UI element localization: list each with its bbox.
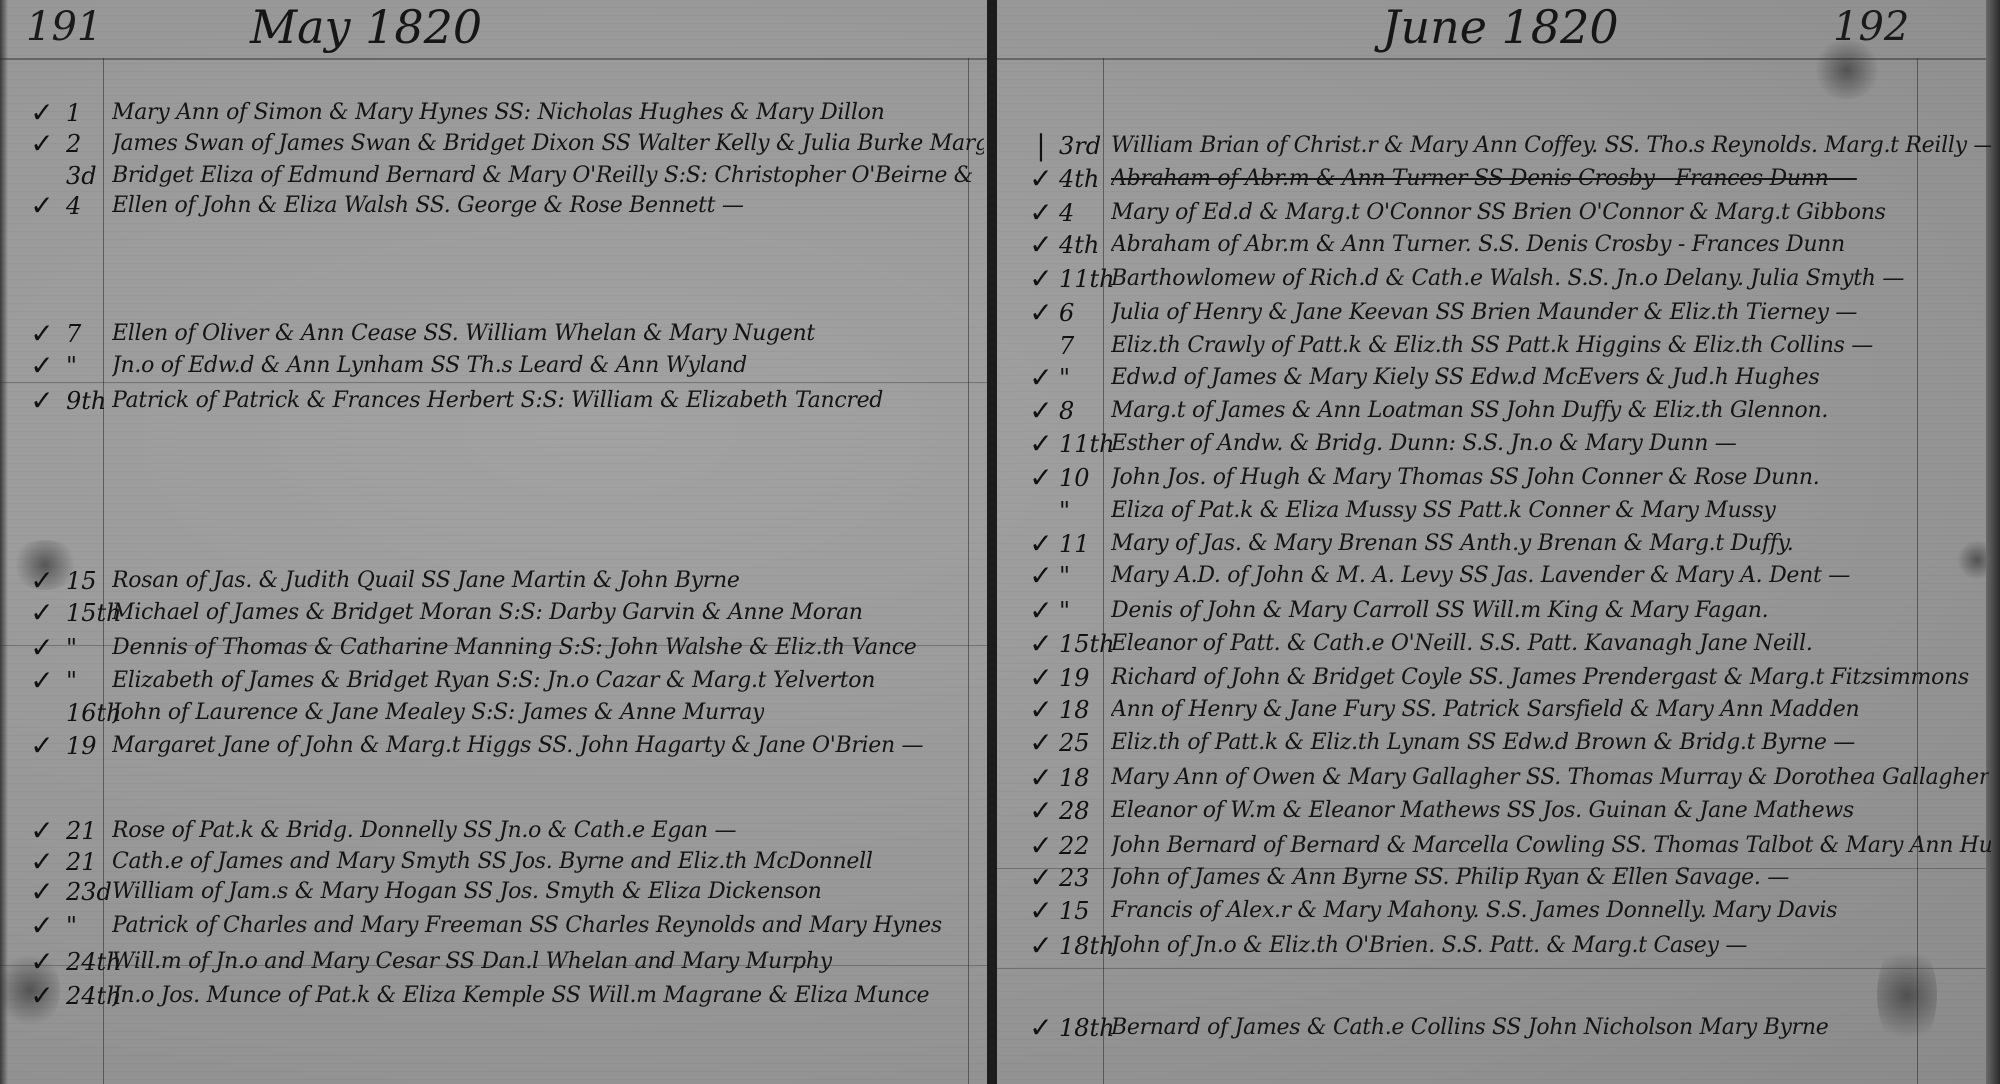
entry-day: " — [1059, 362, 1107, 394]
checkmark-icon: ✓ — [30, 350, 54, 382]
register-entry: ✓4Ellen of John & Eliza Walsh SS. George… — [0, 190, 987, 222]
book-gutter — [987, 0, 997, 1084]
checkmark-icon: ✓ — [30, 730, 54, 762]
checkmark-icon: ✓ — [1029, 762, 1053, 794]
register-entry: "Eliza of Pat.k & Eliza Mussy SS Patt.k … — [997, 495, 2000, 527]
entry-text: Patrick of Charles and Mary Freeman SS C… — [112, 910, 942, 942]
register-entry: ✓10John Jos. of Hugh & Mary Thomas SS Jo… — [997, 462, 2000, 494]
page-number: 191 — [26, 4, 102, 50]
entry-day: 15 — [66, 565, 114, 597]
register-entry: ✓"Denis of John & Mary Carroll SS Will.m… — [997, 595, 2000, 627]
register-entry: ✓15thMichael of James & Bridget Moran S:… — [0, 597, 987, 629]
checkmark-icon: ✓ — [1029, 662, 1053, 694]
entry-text: Eliza of Pat.k & Eliza Mussy SS Patt.k C… — [1111, 495, 1776, 527]
entry-day: 19 — [1059, 662, 1107, 694]
entry-day: 18th — [1059, 1012, 1107, 1044]
checkmark-icon: ✓ — [1029, 163, 1053, 195]
entry-text: Margaret Jane of John & Marg.t Higgs SS.… — [112, 730, 923, 762]
entry-text: Francis of Alex.r & Mary Mahony. S.S. Ja… — [1111, 895, 1837, 927]
entry-day: 18th — [1059, 930, 1107, 962]
checkmark-icon: ✓ — [1029, 560, 1053, 592]
entry-text: John of Jn.o & Eliz.th O'Brien. S.S. Pat… — [1111, 930, 1747, 962]
register-entry: ✓"Dennis of Thomas & Catharine Manning S… — [0, 632, 987, 664]
register-entry: ✓21Cath.e of James and Mary Smyth SS Jos… — [0, 846, 987, 878]
checkmark-icon: ✓ — [1029, 395, 1053, 427]
header-rule — [0, 58, 987, 60]
entry-text: Richard of John & Bridget Coyle SS. Jame… — [1111, 662, 1969, 694]
entry-day: 25 — [1059, 727, 1107, 759]
register-entry: ✓1Mary Ann of Simon & Mary Hynes SS: Nic… — [0, 97, 987, 129]
entry-day: 18 — [1059, 694, 1107, 726]
entry-text: Dennis of Thomas & Catharine Manning S:S… — [112, 632, 916, 664]
register-entry: ✓4thAbraham of Abr.m & Ann Turner SS Den… — [997, 163, 2000, 195]
register-entry: ✓11thEsther of Andw. & Bridg. Dunn: S.S.… — [997, 428, 2000, 460]
checkmark-icon: ✓ — [30, 815, 54, 847]
entry-day: 4th — [1059, 229, 1107, 261]
ruled-line — [0, 382, 987, 383]
entry-text: Mary Ann of Simon & Mary Hynes SS: Nicho… — [112, 97, 884, 129]
checkmark-icon: ✓ — [30, 910, 54, 942]
checkmark-icon: ✓ — [1029, 462, 1053, 494]
entry-text: Rosan of Jas. & Judith Quail SS Jane Mar… — [112, 565, 740, 597]
entry-day: " — [66, 632, 114, 664]
register-entry: ✓11thBarthowlomew of Rich.d & Cath.e Wal… — [997, 263, 2000, 295]
register-entry: ✓"Patrick of Charles and Mary Freeman SS… — [0, 910, 987, 942]
checkmark-icon: ✓ — [30, 946, 54, 978]
checkmark-icon: ✓ — [30, 597, 54, 629]
entry-text: Eliz.th Crawly of Patt.k & Eliz.th SS Pa… — [1111, 330, 1873, 362]
entry-text: Eliz.th of Patt.k & Eliz.th Lynam SS Edw… — [1111, 727, 1855, 759]
entry-day: 23d — [66, 876, 114, 908]
entry-day: 7 — [66, 318, 114, 350]
entry-text: Mary of Ed.d & Marg.t O'Connor SS Brien … — [1111, 197, 1886, 229]
register-entry: |3rdWilliam Brian of Christ.r & Mary Ann… — [997, 130, 2000, 162]
entry-day: 10 — [1059, 462, 1107, 494]
checkmark-icon: ✓ — [1029, 795, 1053, 827]
checkmark-icon: ✓ — [1029, 727, 1053, 759]
register-entry: ✓23dWilliam of Jam.s & Mary Hogan SS Jos… — [0, 876, 987, 908]
entry-text: Abraham of Abr.m & Ann Turner SS Denis C… — [1111, 163, 1857, 195]
entry-text: Edw.d of James & Mary Kiely SS Edw.d McE… — [1111, 362, 1819, 394]
entry-text: Rose of Pat.k & Bridg. Donnelly SS Jn.o … — [112, 815, 736, 847]
ruled-line — [997, 968, 2000, 969]
entry-day: " — [1059, 595, 1107, 627]
checkmark-icon: ✓ — [30, 190, 54, 222]
entry-text: John Bernard of Bernard & Marcella Cowli… — [1111, 830, 1991, 862]
entry-day: " — [66, 665, 114, 697]
entry-text: William of Jam.s & Mary Hogan SS Jos. Sm… — [112, 876, 822, 908]
entry-text: Bridget Eliza of Edmund Bernard & Mary O… — [112, 160, 973, 192]
register-entry: ✓"Jn.o of Edw.d & Ann Lynham SS Th.s Lea… — [0, 350, 987, 382]
entry-text: Abraham of Abr.m & Ann Turner. S.S. Deni… — [1111, 229, 1845, 261]
register-entry: ✓"Mary A.D. of John & M. A. Levy SS Jas.… — [997, 560, 2000, 592]
entry-text: John of Laurence & Jane Mealey S:S: Jame… — [112, 697, 764, 729]
entry-day: 11 — [1059, 528, 1107, 560]
register-entry: ✓7Ellen of Oliver & Ann Cease SS. Willia… — [0, 318, 987, 350]
entry-text: Elizabeth of James & Bridget Ryan S:S: J… — [112, 665, 875, 697]
checkmark-icon: ✓ — [1029, 1012, 1053, 1044]
entry-day: 1 — [66, 97, 114, 129]
entry-text: William Brian of Christ.r & Mary Ann Cof… — [1111, 130, 1991, 162]
entry-day: 4 — [66, 190, 114, 222]
checkmark-icon: ✓ — [1029, 930, 1053, 962]
entry-text: Will.m of Jn.o and Mary Cesar SS Dan.l W… — [112, 946, 832, 978]
entry-day: 28 — [1059, 795, 1107, 827]
checkmark-icon: ✓ — [1029, 197, 1053, 229]
entry-day: 15th — [1059, 628, 1107, 660]
entry-day: " — [1059, 560, 1107, 592]
checkmark-icon: ✓ — [30, 980, 54, 1012]
entry-day: 22 — [1059, 830, 1107, 862]
entry-day: 16th — [66, 697, 114, 729]
checkmark-icon: ✓ — [1029, 297, 1053, 329]
entry-day: 8 — [1059, 395, 1107, 427]
checkmark-icon: ✓ — [30, 128, 54, 160]
entry-text: James Swan of James Swan & Bridget Dixon… — [112, 128, 984, 160]
entry-text: Marg.t of James & Ann Loatman SS John Du… — [1111, 395, 1828, 427]
register-entry: ✓18Ann of Henry & Jane Fury SS. Patrick … — [997, 694, 2000, 726]
entry-text: Jn.o Jos. Munce of Pat.k & Eliza Kemple … — [112, 980, 929, 1012]
register-entry: ✓15thEleanor of Patt. & Cath.e O'Neill. … — [997, 628, 2000, 660]
checkmark-icon: ✓ — [1029, 528, 1053, 560]
register-entry: ✓15Rosan of Jas. & Judith Quail SS Jane … — [0, 565, 987, 597]
right-page: 192 June 1820 |3rdWilliam Brian of Chris… — [997, 0, 2000, 1084]
checkmark-icon: ✓ — [30, 632, 54, 664]
checkmark-icon: ✓ — [1029, 830, 1053, 862]
entry-text: Esther of Andw. & Bridg. Dunn: S.S. Jn.o… — [1111, 428, 1737, 460]
register-entry: ✓28Eleanor of W.m & Eleanor Mathews SS J… — [997, 795, 2000, 827]
register-entry: ✓"Edw.d of James & Mary Kiely SS Edw.d M… — [997, 362, 2000, 394]
month-title: June 1820 — [1382, 0, 1619, 54]
entry-day: 6 — [1059, 297, 1107, 329]
checkmark-icon: ✓ — [1029, 895, 1053, 927]
register-entry: ✓6Julia of Henry & Jane Keevan SS Brien … — [997, 297, 2000, 329]
entry-day: 7 — [1059, 330, 1107, 362]
checkmark-icon: ✓ — [30, 846, 54, 878]
entry-text: Patrick of Patrick & Frances Herbert S:S… — [112, 385, 883, 417]
entry-day: 4 — [1059, 197, 1107, 229]
checkmark-icon: ✓ — [1029, 362, 1053, 394]
register-entry: ✓4thAbraham of Abr.m & Ann Turner. S.S. … — [997, 229, 2000, 261]
month-title: May 1820 — [250, 0, 482, 54]
checkmark-icon: ✓ — [1029, 595, 1053, 627]
entry-day: " — [66, 350, 114, 382]
entry-text: Bernard of James & Cath.e Collins SS Joh… — [1111, 1012, 1828, 1044]
checkmark-icon: ✓ — [1029, 694, 1053, 726]
entry-day: 9th — [66, 385, 114, 417]
entry-day: 11th — [1059, 263, 1107, 295]
entry-day: 18 — [1059, 762, 1107, 794]
entry-text: Ellen of John & Eliza Walsh SS. George &… — [112, 190, 744, 222]
entry-day: 15 — [1059, 895, 1107, 927]
register-entry: ✓18thJohn of Jn.o & Eliz.th O'Brien. S.S… — [997, 930, 2000, 962]
ledger-spread: 191 May 1820 ✓1Mary Ann of Simon & Mary … — [0, 0, 2000, 1084]
register-entry: ✓25Eliz.th of Patt.k & Eliz.th Lynam SS … — [997, 727, 2000, 759]
entry-text: Jn.o of Edw.d & Ann Lynham SS Th.s Leard… — [112, 350, 747, 382]
register-entry: ✓21Rose of Pat.k & Bridg. Donnelly SS Jn… — [0, 815, 987, 847]
checkmark-icon: ✓ — [30, 318, 54, 350]
entry-day: 11th — [1059, 428, 1107, 460]
entry-text: John of James & Ann Byrne SS. Philip Rya… — [1111, 862, 1789, 894]
checkmark-icon: ✓ — [1029, 428, 1053, 460]
register-entry: ✓22John Bernard of Bernard & Marcella Co… — [997, 830, 2000, 862]
checkmark-icon: ✓ — [30, 665, 54, 697]
page-number: 192 — [1833, 4, 1909, 50]
entry-day: 21 — [66, 846, 114, 878]
entry-day: 24th — [66, 980, 114, 1012]
entry-text: Denis of John & Mary Carroll SS Will.m K… — [1111, 595, 1768, 627]
checkmark-icon: ✓ — [30, 565, 54, 597]
entry-text: Mary Ann of Owen & Mary Gallagher SS. Th… — [1111, 762, 1989, 794]
register-entry: ✓11Mary of Jas. & Mary Brenan SS Anth.y … — [997, 528, 2000, 560]
entry-day: 3d — [66, 160, 114, 192]
checkmark-icon: ✓ — [1029, 229, 1053, 261]
checkmark-icon: ✓ — [1029, 862, 1053, 894]
checkmark-icon: ✓ — [1029, 628, 1053, 660]
entry-text: Julia of Henry & Jane Keevan SS Brien Ma… — [1111, 297, 1857, 329]
register-entry: ✓23John of James & Ann Byrne SS. Philip … — [997, 862, 2000, 894]
entry-text: Cath.e of James and Mary Smyth SS Jos. B… — [112, 846, 873, 878]
register-entry: ✓18Mary Ann of Owen & Mary Gallagher SS.… — [997, 762, 2000, 794]
entry-text: Mary of Jas. & Mary Brenan SS Anth.y Bre… — [1111, 528, 1793, 560]
register-entry: ✓15Francis of Alex.r & Mary Mahony. S.S.… — [997, 895, 2000, 927]
entry-day: 2 — [66, 128, 114, 160]
checkmark-icon: ✓ — [30, 876, 54, 908]
checkmark-icon: | — [1029, 130, 1053, 162]
register-entry: ✓4Mary of Ed.d & Marg.t O'Connor SS Brie… — [997, 197, 2000, 229]
register-entry: 7Eliz.th Crawly of Patt.k & Eliz.th SS P… — [997, 330, 2000, 362]
entry-text: Michael of James & Bridget Moran S:S: Da… — [112, 597, 863, 629]
entry-day: " — [1059, 495, 1107, 527]
entry-text: Eleanor of W.m & Eleanor Mathews SS Jos.… — [1111, 795, 1854, 827]
register-entry: ✓24thJn.o Jos. Munce of Pat.k & Eliza Ke… — [0, 980, 987, 1012]
register-entry: ✓2James Swan of James Swan & Bridget Dix… — [0, 128, 987, 160]
register-entry: ✓19Margaret Jane of John & Marg.t Higgs … — [0, 730, 987, 762]
register-entry: ✓19Richard of John & Bridget Coyle SS. J… — [997, 662, 2000, 694]
entry-day: 21 — [66, 815, 114, 847]
entry-day: 15th — [66, 597, 114, 629]
entry-day: 4th — [1059, 163, 1107, 195]
register-entry: ✓18thBernard of James & Cath.e Collins S… — [997, 1012, 2000, 1044]
entry-text: Ann of Henry & Jane Fury SS. Patrick Sar… — [1111, 694, 1859, 726]
entry-day: 3rd — [1059, 130, 1107, 162]
entry-day: 23 — [1059, 862, 1107, 894]
entry-text: Eleanor of Patt. & Cath.e O'Neill. S.S. … — [1111, 628, 1813, 660]
checkmark-icon: ✓ — [30, 385, 54, 417]
left-page: 191 May 1820 ✓1Mary Ann of Simon & Mary … — [0, 0, 987, 1084]
entry-text: Ellen of Oliver & Ann Cease SS. William … — [112, 318, 815, 350]
register-entry: 3dBridget Eliza of Edmund Bernard & Mary… — [0, 160, 987, 192]
entry-text: Barthowlomew of Rich.d & Cath.e Walsh. S… — [1111, 263, 1904, 295]
entry-day: 19 — [66, 730, 114, 762]
register-entry: 16thJohn of Laurence & Jane Mealey S:S: … — [0, 697, 987, 729]
entry-day: " — [66, 910, 114, 942]
register-entry: ✓"Elizabeth of James & Bridget Ryan S:S:… — [0, 665, 987, 697]
entry-text: Mary A.D. of John & M. A. Levy SS Jas. L… — [1111, 560, 1850, 592]
checkmark-icon: ✓ — [1029, 263, 1053, 295]
register-entry: ✓9thPatrick of Patrick & Frances Herbert… — [0, 385, 987, 417]
register-entry: ✓24thWill.m of Jn.o and Mary Cesar SS Da… — [0, 946, 987, 978]
entry-text: John Jos. of Hugh & Mary Thomas SS John … — [1111, 462, 1819, 494]
checkmark-icon: ✓ — [30, 97, 54, 129]
entry-day: 24th — [66, 946, 114, 978]
register-entry: ✓8Marg.t of James & Ann Loatman SS John … — [997, 395, 2000, 427]
